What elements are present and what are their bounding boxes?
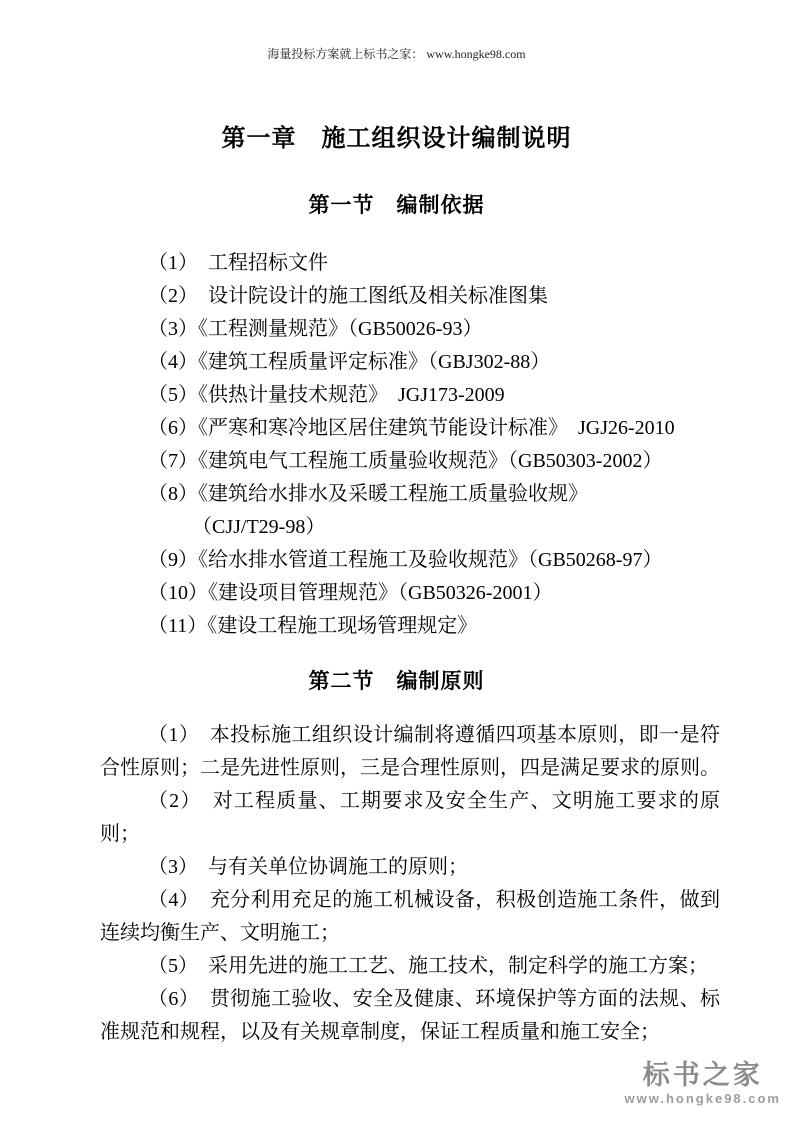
watermark-logo: 标书之家 xyxy=(625,1060,782,1090)
reference-list-item: （2） 设计院设计的施工图纸及相关标准图集 xyxy=(148,280,733,313)
header-promo-text: 海量投标方案就上标书之家： www.hongke98.com xyxy=(0,0,793,62)
reference-list-item: （1） 工程招标文件 xyxy=(148,247,733,280)
watermark-url: www.hongke98.com xyxy=(625,1091,782,1106)
principles-section: （1） 本投标施工组织设计编制将遵循四项基本原则，即一是符合性原则；二是先进性原… xyxy=(100,719,720,1049)
reference-list-item: （11）《建设工程施工现场管理规定》 xyxy=(148,610,733,643)
watermark: 标书之家 www.hongke98.com xyxy=(625,1060,782,1106)
principle-paragraph: （2） 对工程质量、工期要求及安全生产、文明施工要求的原则； xyxy=(100,785,720,851)
reference-list-item: （8）《建筑给水排水及采暖工程施工质量验收规》 xyxy=(148,478,733,511)
reference-list-item-continuation: （CJJ/T29-98） xyxy=(148,511,733,544)
principle-paragraph: （1） 本投标施工组织设计编制将遵循四项基本原则，即一是符合性原则；二是先进性原… xyxy=(100,719,720,785)
reference-list-item: （10）《建设项目管理规范》（GB50326-2001） xyxy=(148,577,733,610)
principle-paragraph: （5） 采用先进的施工工艺、施工技术，制定科学的施工方案； xyxy=(100,950,720,983)
principle-paragraph: （6） 贯彻施工验收、安全及健康、环境保护等方面的法规、标准规范和规程，以及有关… xyxy=(100,983,720,1049)
principle-paragraph: （4） 充分利用充足的施工机械设备，积极创造施工条件，做到连续均衡生产、文明施工… xyxy=(100,884,720,950)
reference-list-item: （7）《建筑电气工程施工质量验收规范》（GB50303-2002） xyxy=(148,445,733,478)
reference-list-item: （3）《工程测量规范》（GB50026-93） xyxy=(148,313,733,346)
chapter-title: 第一章 施工组织设计编制说明 xyxy=(0,126,793,152)
reference-list: （1） 工程招标文件 （2） 设计院设计的施工图纸及相关标准图集 （3）《工程测… xyxy=(148,247,733,643)
reference-list-item: （5）《供热计量技术规范》 JGJ173-2009 xyxy=(148,379,733,412)
document-page: 海量投标方案就上标书之家： www.hongke98.com 第一章 施工组织设… xyxy=(0,0,793,1122)
reference-list-item: （9）《给水排水管道工程施工及验收规范》（GB50268-97） xyxy=(148,544,733,577)
section1-heading: 第一节 编制依据 xyxy=(0,195,793,217)
section2-heading: 第二节 编制原则 xyxy=(0,671,793,693)
principle-paragraph: （3） 与有关单位协调施工的原则； xyxy=(100,851,720,884)
reference-list-item: （6）《严寒和寒冷地区居住建筑节能设计标准》 JGJ26-2010 xyxy=(148,412,733,445)
reference-list-item: （4）《建筑工程质量评定标准》（GBJ302-88） xyxy=(148,346,733,379)
